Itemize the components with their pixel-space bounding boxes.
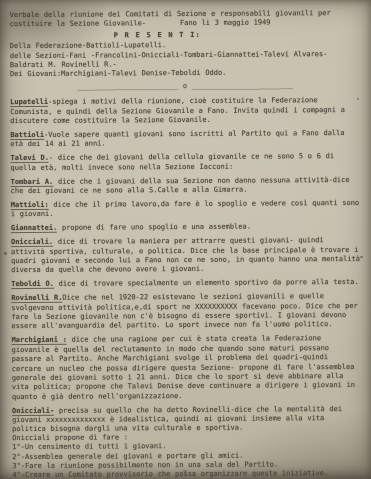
paragraph-marchigiani: Marchigiani : dice che una ragione per c… — [12, 334, 362, 402]
document-title-line2: costituire la Sezione Giovanile- — [10, 20, 146, 30]
paragraph-giannattei: Giannattei. propone di fare uno spoglio … — [11, 222, 361, 234]
proposal-item-4: 4°-Creare un Comitato provvisorio che po… — [12, 469, 362, 479]
paragraph-text: propone di fare uno spoglio e una assemb… — [57, 223, 251, 232]
paragraph-text: dice di trovare la maniera per attrarre … — [11, 236, 360, 274]
paragraph-mattioli: Mattioli: dice che il primo lavoro,da fa… — [11, 199, 361, 220]
speaker-name: Teboldi O. — [11, 280, 54, 289]
scanned-document-page: Verbale della riunione dei Comitati di S… — [0, 0, 371, 479]
document-content: Verbale della riunione dei Comitati di S… — [10, 9, 363, 479]
paragraph-text: -spiega i motivi della riunione, cioè co… — [10, 96, 345, 125]
paragraph-tombari: Tombari A. dice che i giovani della sua … — [11, 176, 361, 197]
paragraph-text: precisa su quello che ha detto Rovinelli… — [12, 405, 342, 434]
attendees-youth: Dei Giovani:Marchigiani-Talevi Denise-Te… — [10, 68, 360, 80]
speaker-name: Lupatelli — [10, 98, 48, 107]
paragraph-text: Dice che nel 1920-22 esistevano le sezio… — [11, 292, 357, 330]
speaker-name: Rovinelli R. — [11, 294, 62, 303]
document-title-row2: costituire la Sezione Giovanile- Fano li… — [10, 18, 360, 30]
paragraph-text: -Vuole sapere quanti giovani sono iscrit… — [10, 129, 344, 148]
speaker-name: Onicciali- — [12, 406, 54, 415]
paragraph-rovinelli: Rovinelli R.Dice che nel 1920-22 esistev… — [11, 292, 361, 332]
paragraph-onicciali-2: Onicciali- precisa su quello che ha dett… — [12, 405, 362, 435]
document-date: Fano li 3 maggio 1949 — [180, 19, 271, 29]
paragraph-onicciali-1: Onicciali. dice di trovare la maniera pe… — [11, 236, 361, 276]
proposal-list: Onicciali propone di fare : 1°-Un censim… — [12, 432, 362, 479]
paragraph-talevi-d: Talevi D.- dice che dei giovani della ce… — [10, 152, 360, 173]
paper-speckle — [4, 252, 7, 255]
paragraph-text: dice di trovare specialmente un elemento… — [54, 278, 359, 288]
paragraph-battioli: Battioli-Vuole sapere quanti giovani son… — [10, 129, 360, 150]
speaker-name: Talevi D. — [10, 154, 48, 163]
section-divider: ________________________ o _____________… — [10, 81, 360, 93]
speaker-name: Tombari A. — [11, 177, 54, 186]
speaker-name: Battioli — [10, 131, 44, 140]
speaker-name: Mattioli: — [11, 201, 49, 210]
paragraph-text: dice che il primo lavoro,da fare è lo sp… — [11, 199, 359, 219]
paragraph-lupatelli: Lupatelli-spiega i motivi della riunione… — [10, 96, 360, 126]
attendees-list: Della Federazione-Battioli-Lupatelli. de… — [10, 40, 360, 80]
paragraph-teboldi: Teboldi O. dice di trovare specialmente … — [11, 278, 361, 290]
paragraph-text: - dice che dei giovani della cellula gio… — [11, 152, 335, 171]
paragraph-text: dice che i giovani della sua Sezione non… — [11, 176, 350, 195]
speaker-name: Marchigiani : — [12, 336, 67, 345]
speaker-name: Onicciali. — [11, 238, 53, 247]
speaker-name: Giannattei. — [11, 224, 57, 233]
